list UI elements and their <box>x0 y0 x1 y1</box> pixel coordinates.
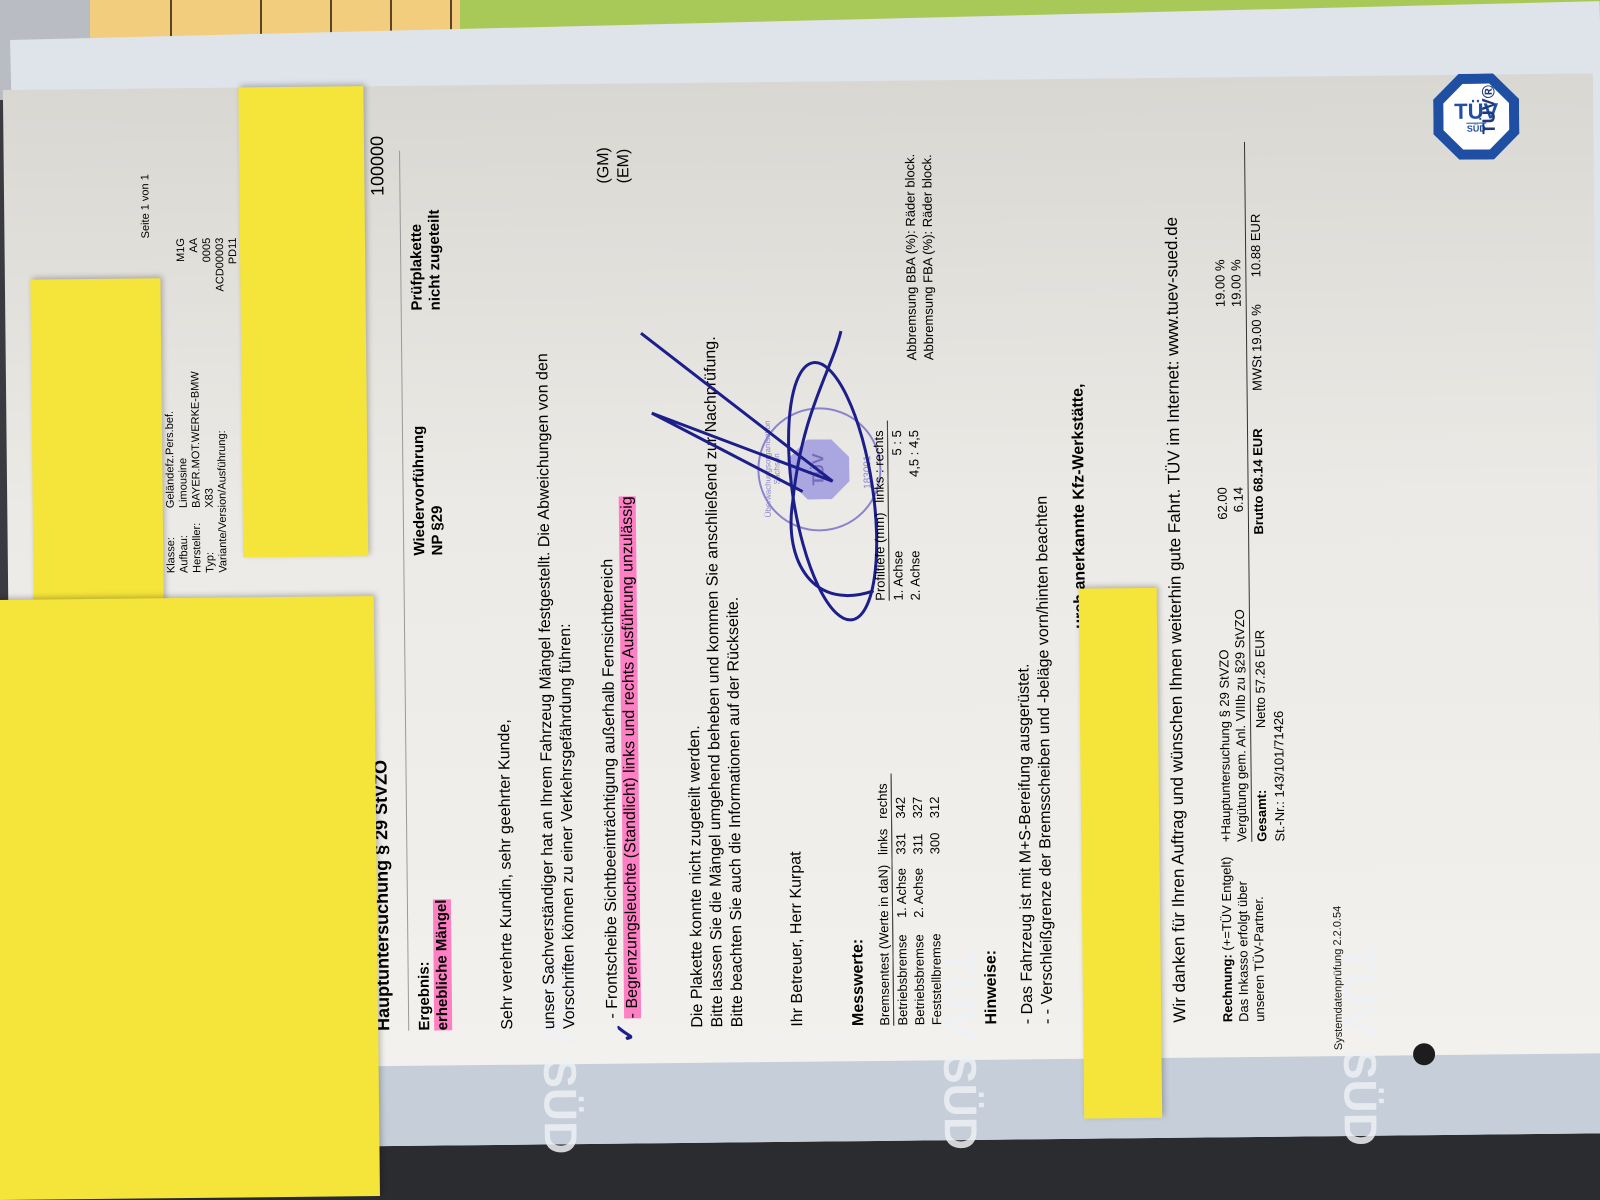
logo-text: TÜV <box>1454 100 1498 122</box>
logo-subtext: SÜD <box>1467 122 1486 133</box>
tuv-sud-logo: TÜV SÜD <box>1433 73 1520 160</box>
system-version: Systemdatenprüfung 2.2.0.54 <box>1332 906 1347 1050</box>
footer-watermark-band: TÜV SÜD TÜV SÜD TÜV SÜD TÜV SÜD <box>13 1053 1600 1150</box>
watermark-brand: TÜV SÜD <box>132 956 188 1158</box>
inspection-report-page: TÜV SÜD TÜV SÜD TÜV SÜD TÜV SÜD Systemda… <box>3 73 1600 1150</box>
binder-hole <box>1093 1046 1115 1068</box>
watermark-brand: TÜV SÜD <box>932 948 988 1150</box>
watermark-brand: TÜV SÜD <box>532 952 588 1154</box>
binder-hole <box>1413 1043 1435 1065</box>
page-surface: TÜV SÜD TÜV SÜD TÜV SÜD TÜV SÜD Systemda… <box>3 73 1600 1150</box>
